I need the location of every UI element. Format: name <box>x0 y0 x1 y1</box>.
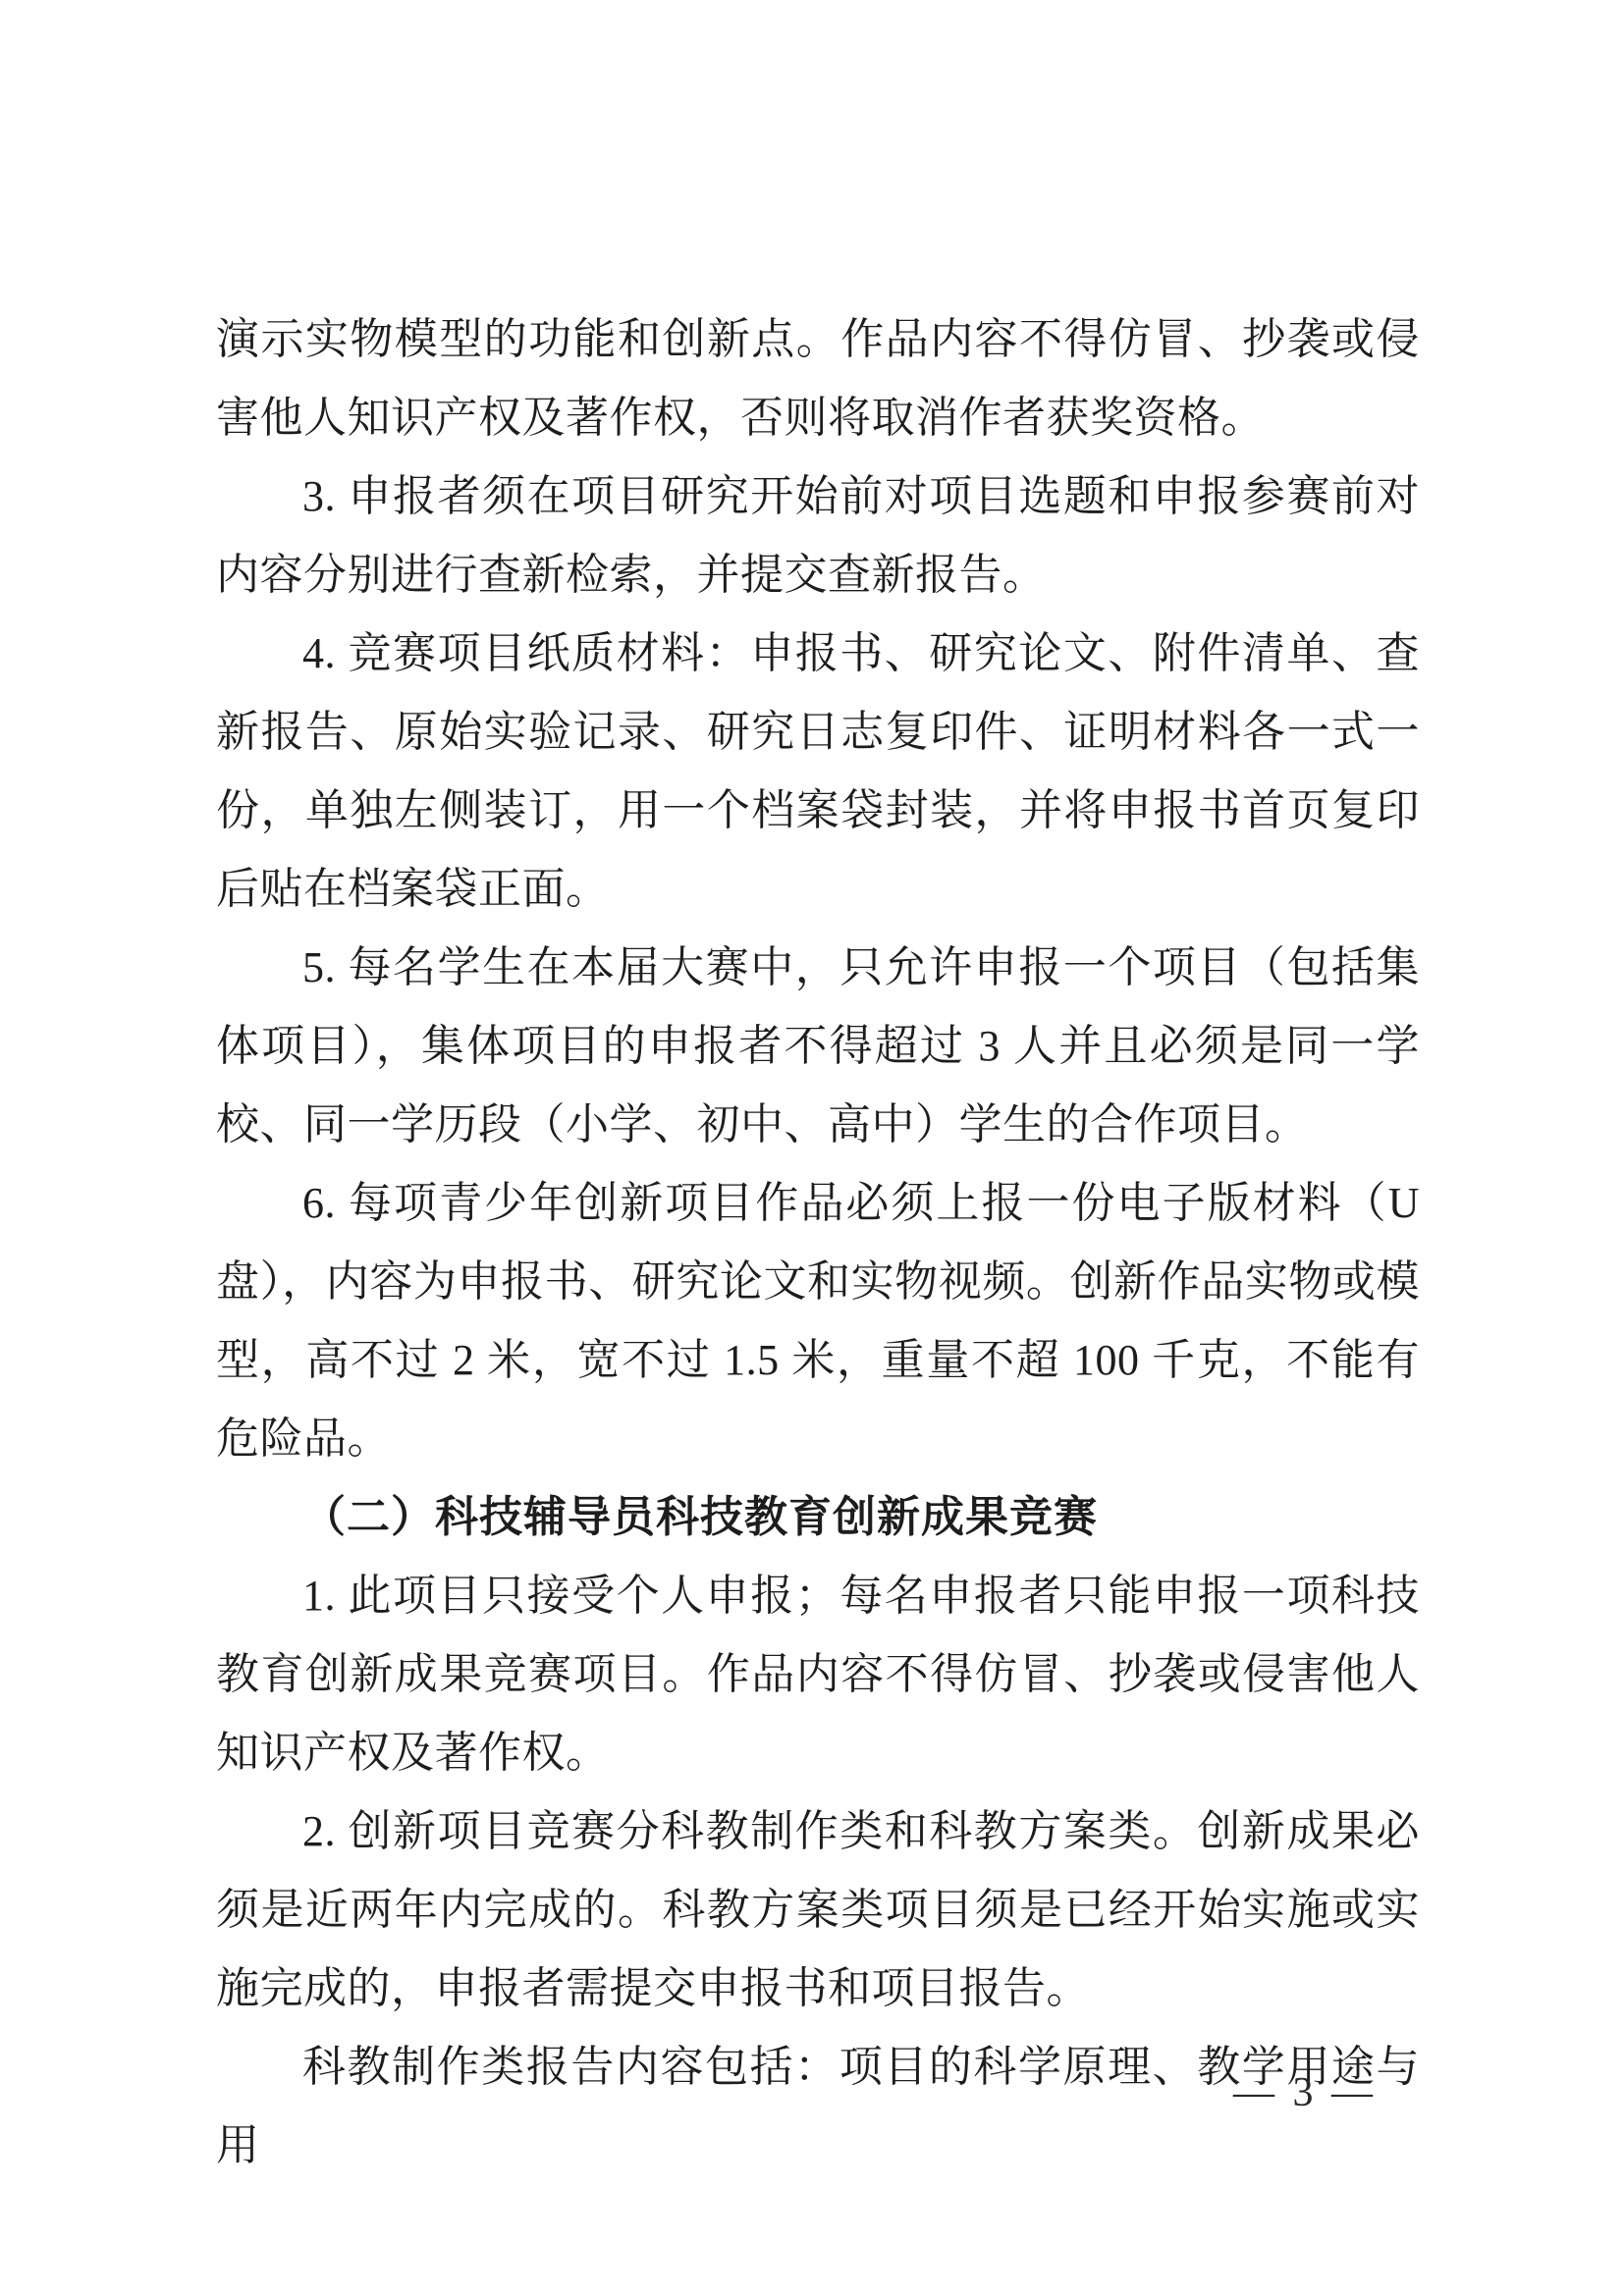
numbered-item-2: 2. 创新项目竞赛分科教制作类和科教方案类。创新成果必须是近两年内完成的。科教方… <box>216 1792 1420 2028</box>
document-page: 演示实物模型的功能和创新点。作品内容不得仿冒、抄袭或侵害他人知识产权及著作权，否… <box>0 0 1624 2296</box>
paragraph-continuation: 演示实物模型的功能和创新点。作品内容不得仿冒、抄袭或侵害他人知识产权及著作权，否… <box>216 300 1420 457</box>
section-heading-2: （二）科技辅导员科技教育创新成果竞赛 <box>216 1478 1420 1557</box>
page-footer: — 3 — <box>0 2069 1624 2128</box>
numbered-item-1: 1. 此项目只接受个人申报；每名申报者只能申报一项科技教育创新成果竞赛项目。作品… <box>216 1557 1420 1792</box>
numbered-item-6: 6. 每项青少年创新项目作品必须上报一份电子版材料（U盘），内容为申报书、研究论… <box>216 1164 1420 1478</box>
numbered-item-5: 5. 每名学生在本届大赛中，只允许申报一个项目（包括集体项目），集体项目的申报者… <box>216 929 1420 1164</box>
document-body: 演示实物模型的功能和创新点。作品内容不得仿冒、抄袭或侵害他人知识产权及著作权，否… <box>216 300 1420 2185</box>
page-number: — 3 — <box>1233 2069 1377 2116</box>
numbered-item-3: 3. 申报者须在项目研究开始前对项目选题和申报参赛前对内容分别进行查新检索，并提… <box>216 457 1420 614</box>
numbered-item-4: 4. 竞赛项目纸质材料：申报书、研究论文、附件清单、查新报告、原始实验记录、研究… <box>216 614 1420 929</box>
